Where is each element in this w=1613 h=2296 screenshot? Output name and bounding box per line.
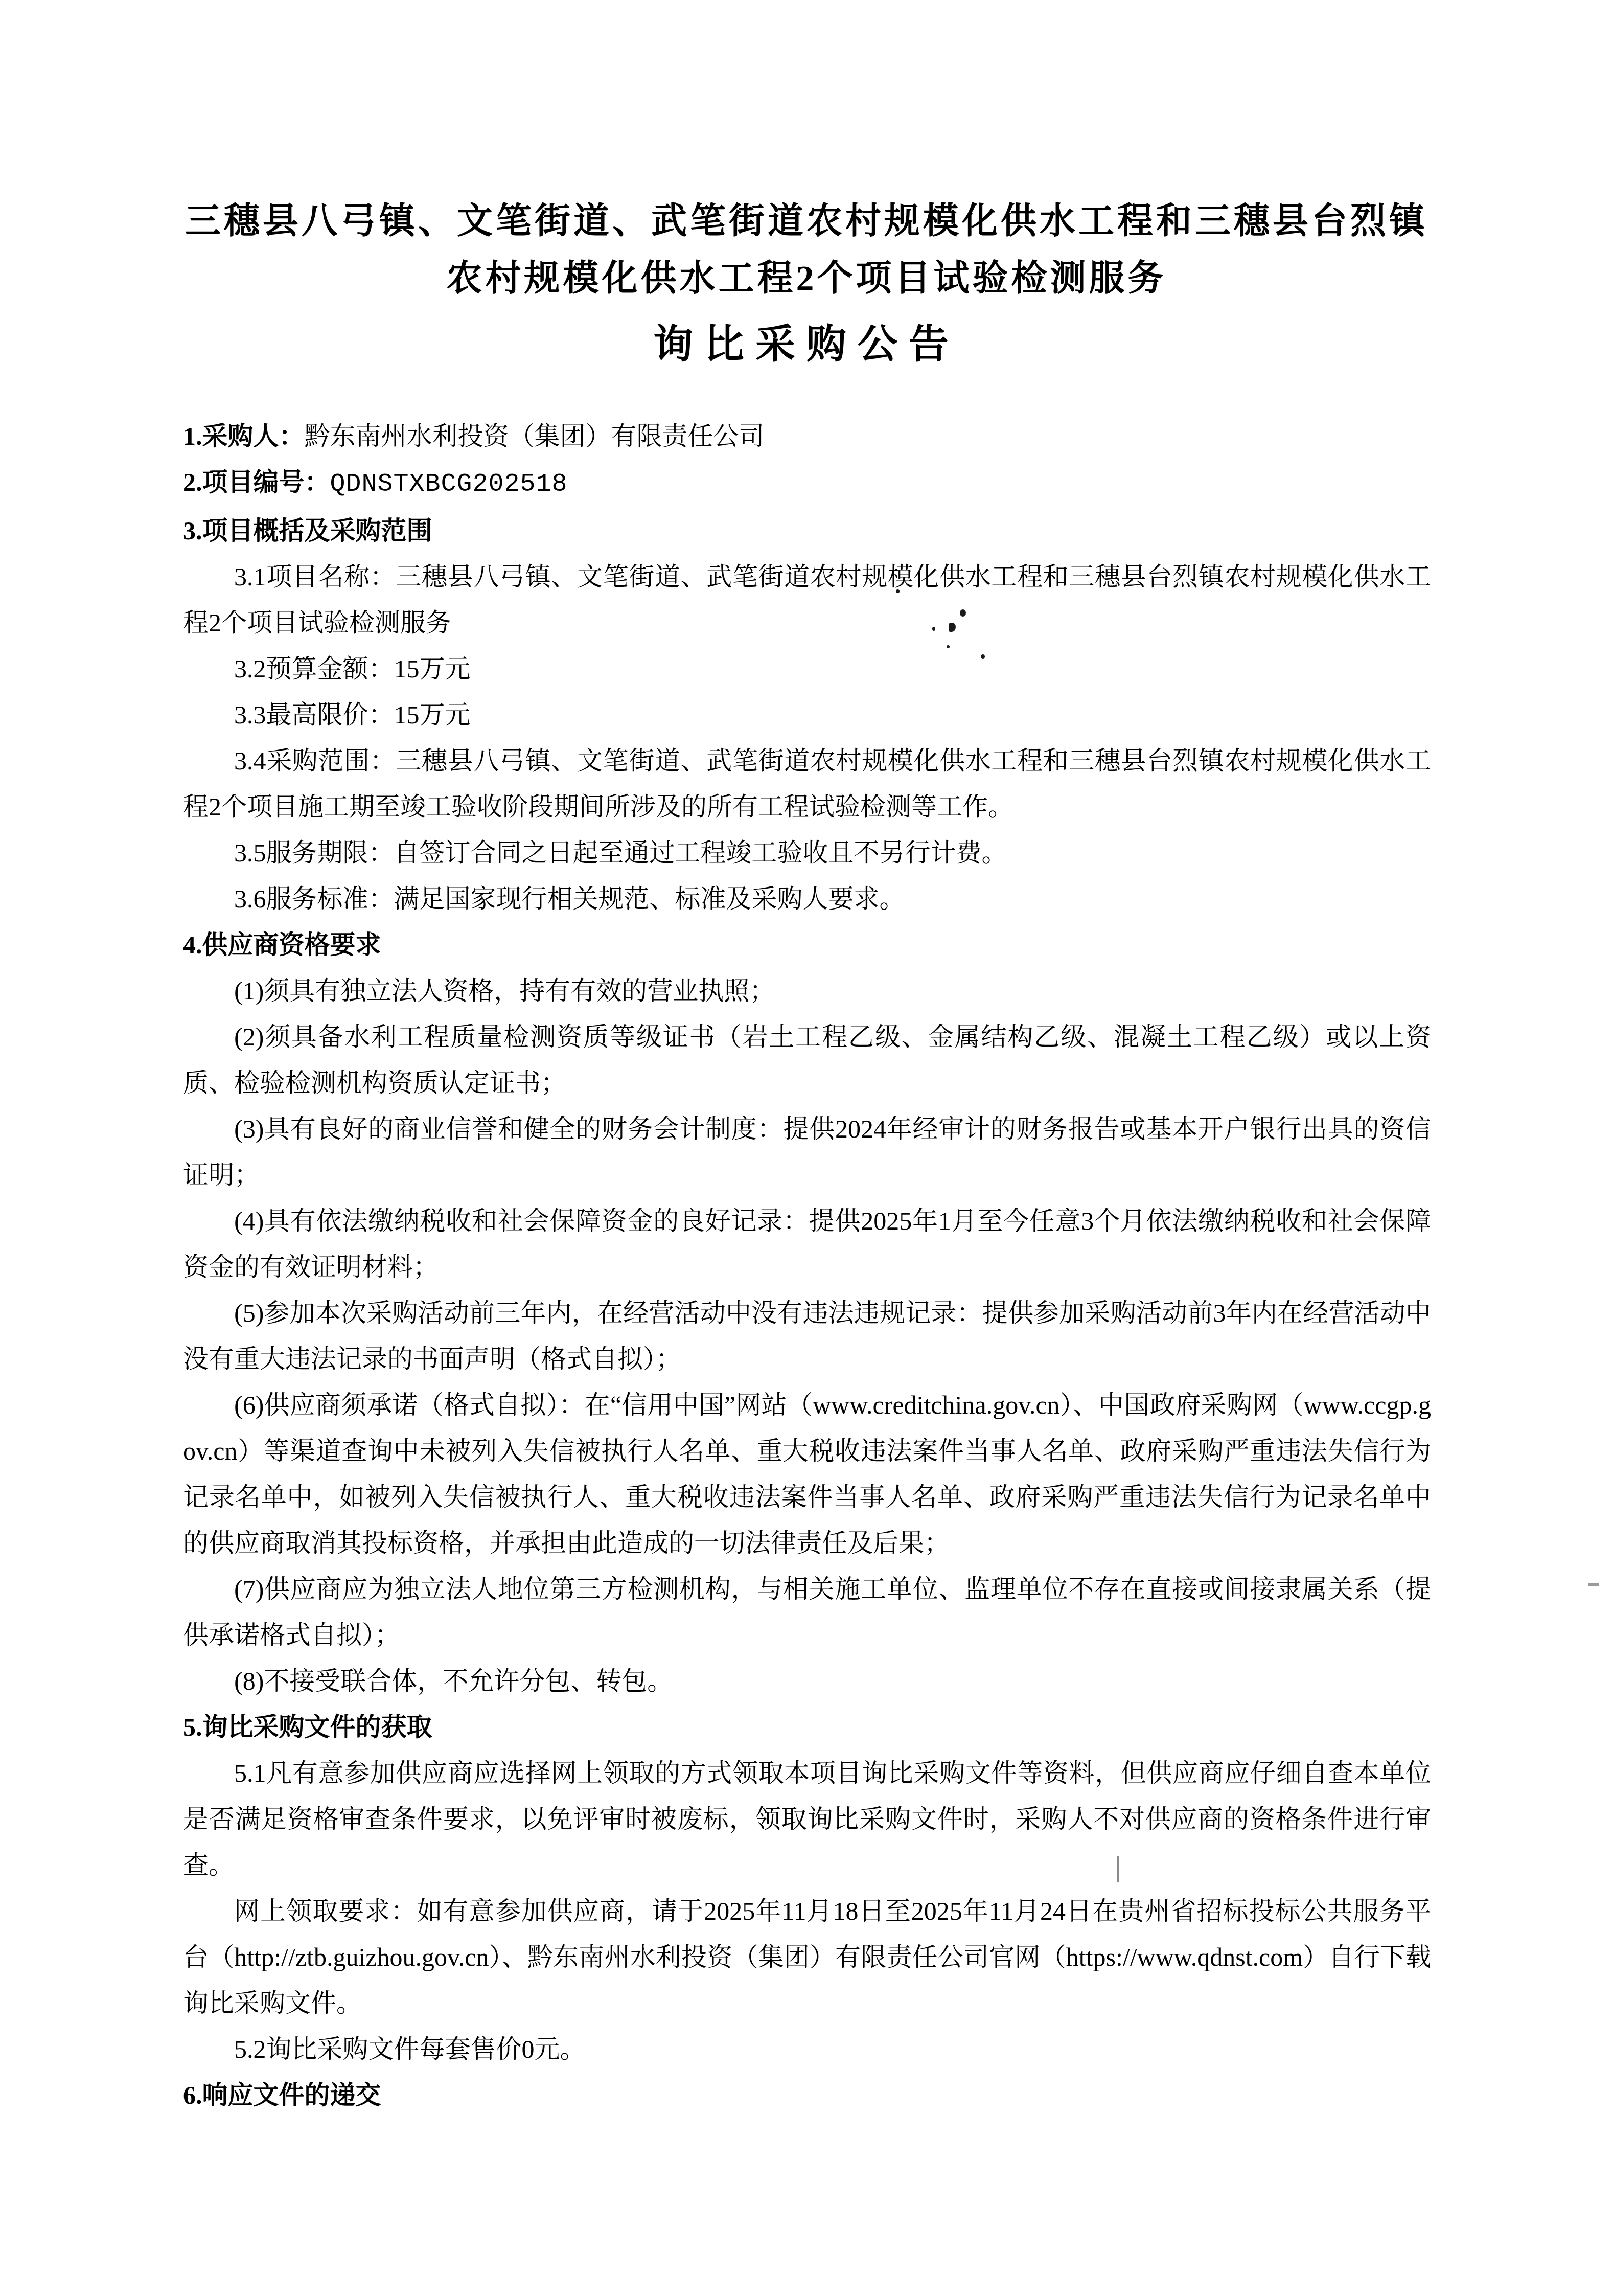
para-3-4-scope: 3.4采购范围：三穗县八弓镇、文笔街道、武笔街道农村规模化供水工程和三穗县台烈镇… bbox=[183, 738, 1431, 830]
para-3-5-service-period: 3.5服务期限：自签订合同之日起至通过工程竣工验收且不另行计费。 bbox=[183, 830, 1431, 876]
para-section-6-heading: 6.响应文件的递交 bbox=[183, 2072, 1431, 2118]
para-section-3-heading: 3.项目概括及采购范围 bbox=[183, 508, 1431, 554]
para-section-5-heading: 5.询比采购文件的获取 bbox=[183, 1704, 1431, 1750]
para-3-6-service-standard: 3.6服务标准：满足国家现行相关规范、标准及采购人要求。 bbox=[183, 876, 1431, 922]
notice-title-block: 三穗县八弓镇、文笔街道、武笔街道农村规模化供水工程和三穗县台烈镇 农村规模化供水… bbox=[0, 193, 1613, 377]
para-3-3-price-cap: 3.3最高限价：15万元 bbox=[183, 692, 1431, 738]
scan-speck bbox=[960, 609, 966, 617]
para-project-number: 2.项目编号：QDNSTXBCG202518 bbox=[183, 459, 1431, 508]
para-online-collection-requirement: 网上领取要求：如有意参加供应商，请于2025年11月18日至2025年11月24… bbox=[183, 1888, 1431, 2026]
section-3-heading-label: 3.项目概括及采购范围 bbox=[183, 516, 432, 545]
notice-subtitle: 询比采购公告 bbox=[0, 312, 1613, 377]
para-requirement-2: (2)须具备水利工程质量检测资质等级证书（岩土工程乙级、金属结构乙级、混凝土工程… bbox=[183, 1014, 1431, 1106]
para-requirement-7: (7)供应商应为独立法人地位第三方检测机构，与相关施工单位、监理单位不存在直接或… bbox=[183, 1566, 1431, 1658]
para-3-2-budget: 3.2预算金额：15万元 bbox=[183, 646, 1431, 692]
para-5-1-file-obtain: 5.1凡有意参加供应商应选择网上领取的方式领取本项目询比采购文件等资料，但供应商… bbox=[183, 1750, 1431, 1888]
para-5-2-file-price: 5.2询比采购文件每套售价0元。 bbox=[183, 2026, 1431, 2072]
section-6-heading-label: 6.响应文件的递交 bbox=[183, 2081, 381, 2109]
para-requirement-8: (8)不接受联合体，不允许分包、转包。 bbox=[183, 1658, 1431, 1704]
para-requirement-6: (6)供应商须承诺（格式自拟）：在“信用中国”网站（www.creditchin… bbox=[183, 1382, 1431, 1566]
notice-title-line-1: 三穗县八弓镇、文笔街道、武笔街道农村规模化供水工程和三穗县台烈镇 bbox=[0, 193, 1613, 251]
para-requirement-1: (1)须具有独立法人资格，持有有效的营业执照； bbox=[183, 968, 1431, 1014]
scanned-procurement-notice-page: 三穗县八弓镇、文笔街道、武笔街道农村规模化供水工程和三穗县台烈镇 农村规模化供水… bbox=[0, 0, 1613, 2296]
scan-line-artifact bbox=[1117, 1856, 1119, 1882]
para-requirement-4: (4)具有依法缴纳税收和社会保障资金的良好记录：提供2025年1月至今任意3个月… bbox=[183, 1198, 1431, 1290]
para-project-number-value: QDNSTXBCG202518 bbox=[330, 470, 568, 499]
para-requirement-5: (5)参加本次采购活动前三年内，在经营活动中没有违法违规记录：提供参加采购活动前… bbox=[183, 1290, 1431, 1382]
section-4-heading-label: 4.供应商资格要求 bbox=[183, 930, 381, 959]
section-5-heading-label: 5.询比采购文件的获取 bbox=[183, 1713, 432, 1741]
scan-speck bbox=[896, 589, 900, 593]
para-requirement-3: (3)具有良好的商业信誉和健全的财务会计制度：提供2024年经审计的财务报告或基… bbox=[183, 1106, 1431, 1198]
notice-title-line-2: 农村规模化供水工程2个项目试验检测服务 bbox=[0, 251, 1613, 308]
para-3-1-project-name: 3.1项目名称：三穗县八弓镇、文笔街道、武笔街道农村规模化供水工程和三穗县台烈镇… bbox=[183, 554, 1431, 646]
scan-speck bbox=[932, 627, 935, 631]
para-purchaser-value: 黔东南州水利投资（集团）有限责任公司 bbox=[305, 422, 765, 450]
para-purchaser-label: 1.采购人： bbox=[183, 422, 305, 450]
para-purchaser: 1.采购人：黔东南州水利投资（集团）有限责任公司 bbox=[183, 413, 1431, 459]
para-section-4-heading: 4.供应商资格要求 bbox=[183, 922, 1431, 968]
scan-speck bbox=[981, 654, 985, 659]
scan-speck bbox=[869, 764, 872, 767]
scan-speck bbox=[947, 645, 950, 648]
para-project-number-label: 2.项目编号： bbox=[183, 468, 330, 496]
notice-body: 1.采购人：黔东南州水利投资（集团）有限责任公司 2.项目编号：QDNSTXBC… bbox=[183, 413, 1431, 2118]
scan-dash-artifact bbox=[1588, 1583, 1599, 1586]
